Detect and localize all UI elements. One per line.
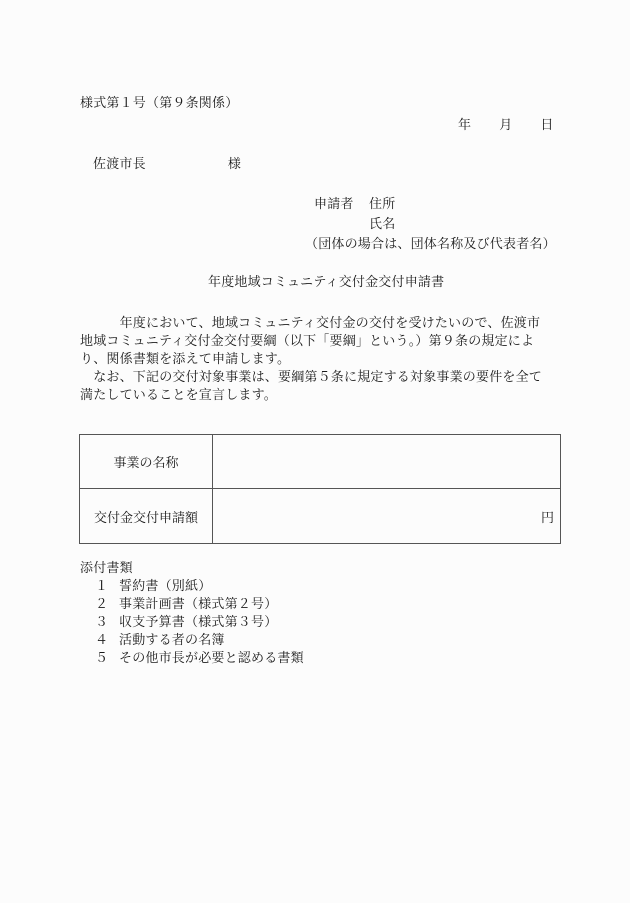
address-label: 住所 — [369, 196, 395, 214]
applicant-label: 申請者 — [314, 196, 354, 214]
form-number: 様式第１号（第９条関係） — [80, 95, 238, 113]
grant-amount-label: 交付金交付申請額 — [80, 489, 213, 544]
body-line: 満たしていることを宣言します。 — [80, 387, 560, 405]
attachments-list: 添付書類 １誓約書（別紙） ２事業計画書（様式第２号） ３収支予算書（様式第３号… — [80, 560, 304, 668]
body-text: 年度において、地域コミュニティ交付金の交付を受けたいので、佐渡市 地域コミュニテ… — [80, 315, 560, 405]
addressee: 佐渡市長様 — [93, 156, 241, 174]
addressee-honorific: 様 — [228, 156, 241, 174]
body-line: 年度において、地域コミュニティ交付金の交付を受けたいので、佐渡市 — [80, 315, 560, 333]
table-row-grant-amount: 交付金交付申請額 円 — [80, 489, 561, 544]
addressee-name: 佐渡市長 — [93, 157, 146, 172]
name-label: 氏名 — [369, 216, 395, 234]
list-item: ２事業計画書（様式第２号） — [80, 596, 304, 614]
group-note: （団体の場合は、団体名称及び代表者名） — [305, 236, 556, 254]
date-line: 年月日 — [458, 117, 554, 135]
grant-amount-field[interactable]: 円 — [213, 489, 561, 544]
list-item: ４活動する者の名簿 — [80, 632, 304, 650]
list-item: ５その他市長が必要と認める書類 — [80, 650, 304, 668]
table-row-project-name: 事業の名称 — [80, 435, 561, 489]
date-year-label: 年 — [458, 117, 471, 135]
project-info-table: 事業の名称 交付金交付申請額 円 — [79, 434, 561, 544]
paragraph-declaration: なお、下記の交付対象事業は、要綱第５条に規定する対象事業の要件を全て 満たしてい… — [80, 369, 560, 405]
list-item: ３収支予算書（様式第３号） — [80, 614, 304, 632]
date-day-label: 日 — [540, 117, 553, 135]
project-name-label: 事業の名称 — [80, 435, 213, 489]
paragraph-application: 年度において、地域コミュニティ交付金の交付を受けたいので、佐渡市 地域コミュニテ… — [80, 315, 560, 369]
project-name-field[interactable] — [213, 435, 561, 489]
date-month-label: 月 — [499, 117, 512, 135]
body-line: 地域コミュニティ交付金交付要綱（以下「要綱」という。）第９条の規定によ — [80, 333, 560, 351]
list-item: １誓約書（別紙） — [80, 578, 304, 596]
document-title: 年度地域コミュニティ交付金交付申請書 — [208, 274, 444, 292]
body-line: なお、下記の交付対象事業は、要綱第５条に規定する対象事業の要件を全て — [80, 369, 560, 387]
body-line: り、関係書類を添えて申請します。 — [80, 351, 560, 369]
attachments-heading: 添付書類 — [80, 560, 304, 578]
